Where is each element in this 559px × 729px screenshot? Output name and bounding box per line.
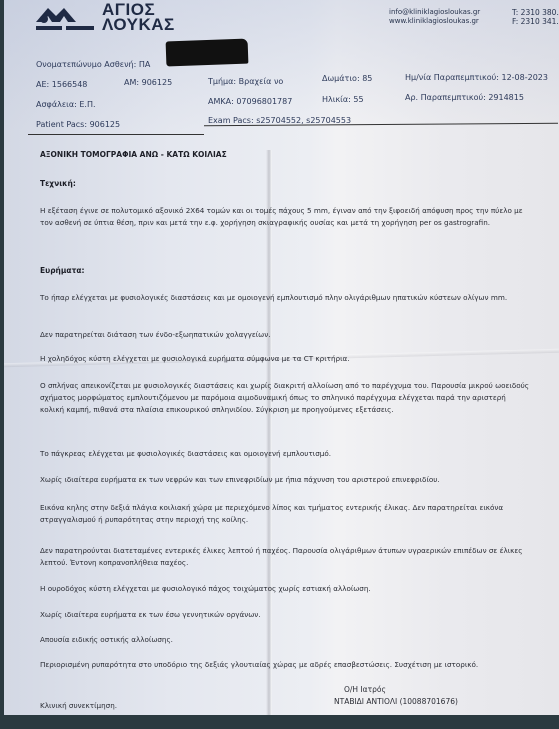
email: info@kliniklagiosloukas.gr <box>389 8 480 17</box>
redaction-block <box>166 39 249 67</box>
finding-liver: Το ήπαρ ελέγχεται με φυσιολογικές διαστά… <box>40 292 530 304</box>
paper-fold-vertical <box>266 150 272 715</box>
technique-text: Η εξέταση έγινε σε πολυτομικό αξονικό 2Χ… <box>40 205 530 229</box>
scanned-report-page: ΑΓΙΟΣ ΛΟΥΚΑΣ info@kliniklagiosloukas.gr … <box>4 0 559 715</box>
patient-pacs: Patient Pacs: 906125 <box>36 120 120 129</box>
logo-mark-icon <box>34 2 98 34</box>
contact-info: info@kliniklagiosloukas.gr www.kliniklag… <box>389 8 480 26</box>
patient-name-label: Ονοματεπώνυμο Ασθενή: ΠΑ <box>36 60 150 69</box>
finding-bones: Απουσία ειδικής οστικής αλλοίωσης. <box>40 634 530 646</box>
signature-title: Ο/Η Ιατρός <box>344 685 386 694</box>
finding-gluteal: Περιορισμένη ρυπαρότητα στο υποδόριο της… <box>40 659 490 671</box>
logo-line-2: ΛΟΥΚΑΣ <box>102 17 175 32</box>
report-title: ΑΞΟΝΙΚΗ ΤΟΜΟΓΡΑΦΙΑ ΑΝΩ - ΚΑΤΩ ΚΟΙΛΙΑΣ <box>40 150 227 159</box>
referral-number: Αρ. Παραπεμπτικού: 2914815 <box>405 93 524 102</box>
finding-gallbladder: Η χοληδόχος κύστη ελέγχεται με φυσιολογι… <box>40 353 530 365</box>
finding-hernia: Εικόνα κηλης στην δεξιά πλάγια κοιλιακή … <box>40 502 530 526</box>
clinic-logo: ΑΓΙΟΣ ΛΟΥΚΑΣ <box>34 2 175 34</box>
finding-bowel: Δεν παρατηρούνται διατεταμένες εντερικές… <box>40 545 530 569</box>
header-divider-left <box>28 134 204 135</box>
finding-kidneys-adrenals: Χωρίς ιδιαίτερα ευρήματα εκ των νεφρών κ… <box>40 474 530 486</box>
patient-am: ΑΜ: 906125 <box>124 78 172 87</box>
finding-bile-ducts: Δεν παρατηρείται διάταση των ένδο-εξωηπα… <box>40 329 530 341</box>
finding-spleen: Ο σπλήνας απεικονίζεται με φυσιολογικές … <box>40 380 530 416</box>
patient-department: Τμήμα: Βραχεία νο <box>208 77 283 86</box>
patient-age: Ηλικία: 55 <box>322 95 364 104</box>
patient-ae: ΑΕ: 1566548 <box>36 80 87 89</box>
website: www.kliniklagiosloukas.gr <box>389 17 480 26</box>
finding-pancreas: Το πάγκρεας ελέγχεται με φυσιολογικές δι… <box>40 448 530 460</box>
phone: T: 2310 380.0 <box>512 8 559 17</box>
phone-info: T: 2310 380.0 F: 2310 341.8 <box>512 8 559 26</box>
fax: F: 2310 341.8 <box>512 17 559 26</box>
patient-amka: ΑΜΚΑ: 07096801787 <box>208 97 292 106</box>
patient-insurance: Ασφάλεια: Ε.Π. <box>36 100 96 109</box>
referral-date: Ημ/νία Παραπεμπτικού: 12-08-2023 <box>405 73 548 82</box>
technique-heading: Τεχνική: <box>40 179 76 188</box>
signature-name: ΝΤΑΒΙΔΙ ΑΝΤΙΟΛΙ (10088701676) <box>334 697 458 706</box>
findings-heading: Ευρήματα: <box>40 266 85 275</box>
patient-room: Δωμάτιο: 85 <box>322 74 372 83</box>
finding-genital-organs: Χωρίς ιδιαίτερα ευρήματα εκ των έσω γενν… <box>40 609 530 621</box>
finding-bladder: Η ουροδόχος κύστη ελέγχεται με φυσιολογι… <box>40 583 530 595</box>
